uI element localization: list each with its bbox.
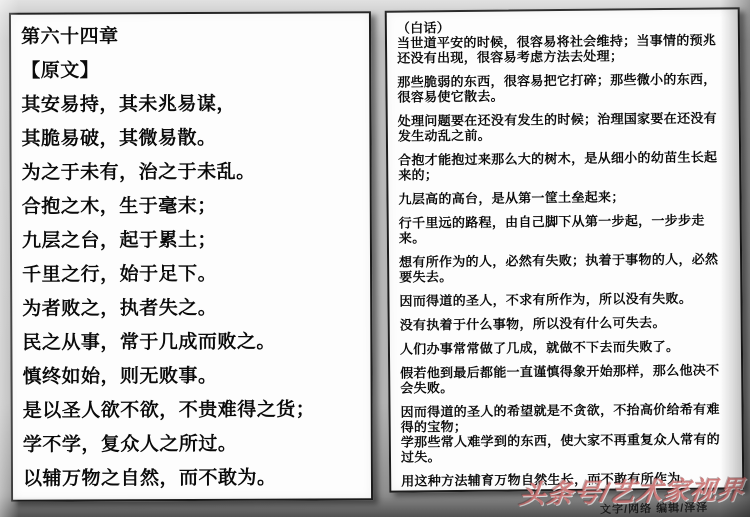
vernacular-panel: （白话） 当世道平安的时候，很容易将社会维持；当事情的预兆还没有出现，很容易考虑… — [385, 7, 745, 492]
text-line: 千里之行，始于足下。 — [22, 257, 358, 292]
paragraph: 人们办事常常做了几成，就做不下去而失败了。 — [400, 338, 732, 356]
text-line: 以辅万物之自然，而不敢为。 — [23, 461, 359, 496]
paragraph: 行千里远的路程，由自己脚下从第一步起，一步步走来。 — [399, 212, 731, 245]
text-line: 民之从事，常于几成而败之。 — [22, 325, 358, 360]
text-line: 为之于未有，治之于未乱。 — [22, 155, 358, 190]
credits-text: 文字/网络 编辑/泽泽 — [600, 499, 708, 517]
paragraph: 因而得道的圣人，不求有所作为，所以没有失败。 — [399, 290, 731, 308]
text-line: 九层之台，起于累土； — [22, 223, 358, 258]
original-text-panel: 第六十四章【原文】其安易持，其未兆易谋，其脆易破，其微易散。为之于未有，治之于未… — [9, 11, 373, 502]
paragraph: 九层高的高台，是从第一筐土垒起来； — [398, 188, 730, 206]
text-line: 第六十四章 — [21, 19, 357, 54]
text-line: 学不学，复众人之所过。 — [23, 427, 359, 462]
paragraph: 没有执着于什么事物，所以没有什么可失去。 — [400, 314, 732, 332]
text-line: 【原文】 — [21, 53, 357, 88]
paragraph: 当世道平安的时候，很容易将社会维持；当事情的预兆还没有出现，很容易考虑方法去处理… — [397, 32, 729, 65]
text-line: 慎终如始，则无败事。 — [22, 359, 358, 394]
text-line: 其脆易破，其微易散。 — [21, 121, 357, 156]
text-line: 为者败之，执者失之。 — [22, 291, 358, 326]
paragraph: 处理问题要在还没有发生的时候；治理国家要在还没有发生动乱之前。 — [398, 110, 730, 143]
text-line: 合抱之木，生于毫末； — [22, 189, 358, 224]
paragraph: 因而得道的圣人的希望就是不贪欲，不抬高价给希有难得的宝物； 学那些常人难学到的东… — [400, 401, 733, 464]
paragraph: 想有所作为的人，必然有失败；执着于事物的人，必然要失去。 — [399, 251, 731, 284]
vernacular-paragraphs: 当世道平安的时候，很容易将社会维持；当事情的预兆还没有出现，很容易考虑方法去处理… — [397, 32, 733, 488]
paragraph: 假若他到最后都能一直谨慎得象开始那样，那么他决不会失败。 — [400, 362, 732, 395]
document-photo: 第六十四章【原文】其安易持，其未兆易谋，其脆易破，其微易散。为之于未有，治之于未… — [0, 0, 750, 517]
original-text-lines: 第六十四章【原文】其安易持，其未兆易谋，其脆易破，其微易散。为之于未有，治之于未… — [21, 19, 359, 496]
text-line: 是以圣人欲不欲，不贵难得之货； — [23, 393, 359, 428]
text-line: 其安易持，其未兆易谋， — [21, 87, 357, 122]
paragraph: 那些脆弱的东西，很容易把它打碎；那些微小的东西，很容易使它散去。 — [397, 71, 729, 104]
paragraph: 合抱才能抱过来那么大的树木，是从细小的幼苗生长起来的； — [398, 149, 730, 182]
